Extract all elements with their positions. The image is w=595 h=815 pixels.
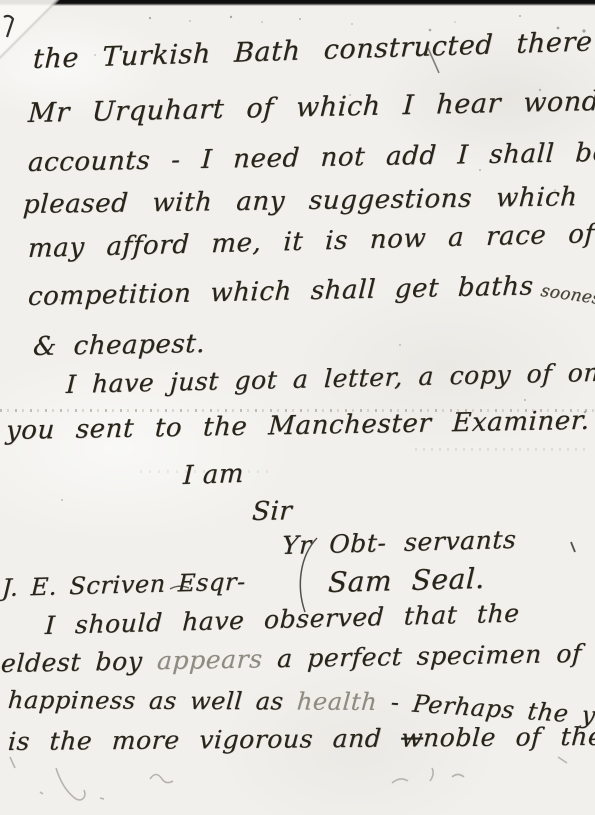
postscript-line-2-faint-word: appears: [156, 644, 263, 675]
letter-line-4: pleased with any suggestions which you: [22, 181, 595, 220]
postscript-line-4-struck: w: [400, 723, 424, 752]
letter-line-2: Mr Urquhart of which I hear wonderful: [27, 85, 595, 129]
postscript-line-4: is the more vigorous and wnoble of the: [7, 722, 595, 756]
closing-sir: Sir: [251, 496, 293, 527]
letter-line-8: I have just got a letter, a copy of one: [65, 358, 595, 400]
letter-line-6-inserted-word: soonest: [539, 281, 595, 310]
postscript-line-3-faint-word: health: [296, 688, 378, 716]
scanned-letter-page: the Turkish Bath constructed there by Mr…: [0, 0, 595, 815]
faint-fold-line: [415, 448, 585, 451]
letter-line-3: accounts - I need not add I shall be: [27, 138, 595, 178]
signature-name: Sam Seal.: [327, 562, 485, 599]
letter-line-1: the Turkish Bath constructed there by: [32, 25, 595, 75]
postscript-line-1: I should have observed that the: [44, 599, 520, 640]
postscript-line-2: eldest boy appears a perfect specimen of: [0, 639, 582, 678]
letter-line-7: & cheapest.: [32, 329, 206, 362]
scan-edge-artifact: [0, 0, 595, 6]
postscript-line-2-a: eldest boy: [0, 647, 143, 679]
ink-tick: [571, 542, 575, 552]
postscript-line-4-c: noble of the: [422, 722, 595, 753]
postscript-line-3: happiness as well as health - Perhaps th…: [7, 686, 595, 718]
closing-i-am: I am: [182, 459, 244, 491]
postscript-line-3-a: happiness as well as: [7, 686, 285, 715]
postscript-line-2-c: a perfect specimen of: [276, 639, 582, 673]
letter-line-5: may afford me, it is now a race of: [27, 219, 595, 264]
closing-your-obedient-servants: Yr Obt- servants: [281, 525, 517, 560]
letter-line-6-text: competition which shall get baths: [27, 271, 534, 312]
addressee-name: J. E. Scriven Esqr-: [1, 568, 246, 602]
letter-line-6: competition which shall get bathssoonest: [27, 270, 595, 312]
pencil-squiggles: [10, 757, 567, 800]
postscript-line-4-a: is the more vigorous and: [7, 724, 382, 756]
